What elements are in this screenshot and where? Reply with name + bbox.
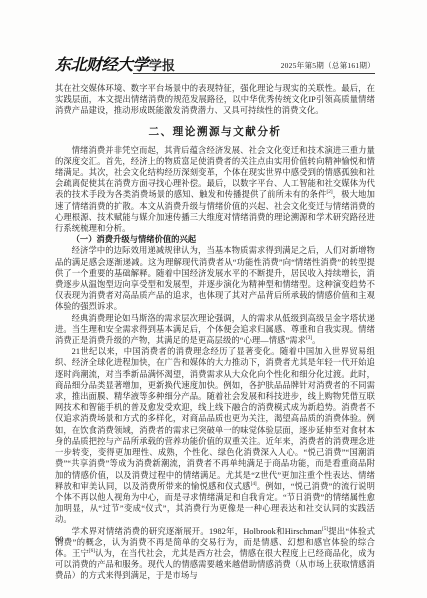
citation-ref: [6]: [89, 548, 95, 554]
page-number: 60: [55, 534, 64, 544]
citation-ref: [3]: [306, 335, 312, 341]
paragraph: 经典消费理论如马斯洛的需求层次理论强调，人的需求从低级到高级呈金字塔状递进。当生…: [55, 313, 375, 347]
section-heading: 二、理论溯源与文献分析: [55, 124, 375, 139]
citation-ref: [4]: [251, 481, 257, 487]
article-body: 其在社交媒体环境、数字平台场景中的表现特征，强化理论与现实的关联性。最后，在实践…: [55, 83, 375, 582]
journal-logo: 东北财经大学学报: [55, 58, 175, 74]
paragraph: 情绪消费并非凭空而起，其背后蕴含经济发展、社会文化变迁和技术演进三重力量的深度交…: [55, 145, 375, 235]
paragraph: 21世纪以来，中国消费者的消费理念经历了显著变化。随着中国加入世界贸易组织、经济…: [55, 346, 375, 525]
journal-page: 东北财经大学学报 2025年第5期（总第161期） 其在社交媒体环境、数字平台场…: [0, 0, 427, 598]
citation-ref: [2]: [327, 190, 333, 196]
paragraph: 学术界对情绪消费的研究逐渐展开。1982年，Holbrook和Hirschman…: [55, 526, 375, 582]
paragraph: 经济学中的边际效用递减规律认为，当基本物质需求得到满足之后，人们对新增物品的满足…: [55, 245, 375, 312]
journal-header: 东北财经大学学报 2025年第5期（总第161期）: [55, 54, 375, 74]
citation-ref: [5]: [322, 526, 328, 532]
subsection-heading: （一）消费升级与情绪价值的兴起: [55, 234, 375, 245]
journal-name-calligraphy: 东北财经大学: [55, 57, 148, 74]
issue-info: 2025年第5期（总第161期）: [281, 60, 375, 74]
journal-name-suffix: 学报: [149, 58, 175, 73]
paragraph: 其在社交媒体环境、数字平台场景中的表现特征，强化理论与现实的关联性。最后，在实践…: [55, 83, 375, 117]
